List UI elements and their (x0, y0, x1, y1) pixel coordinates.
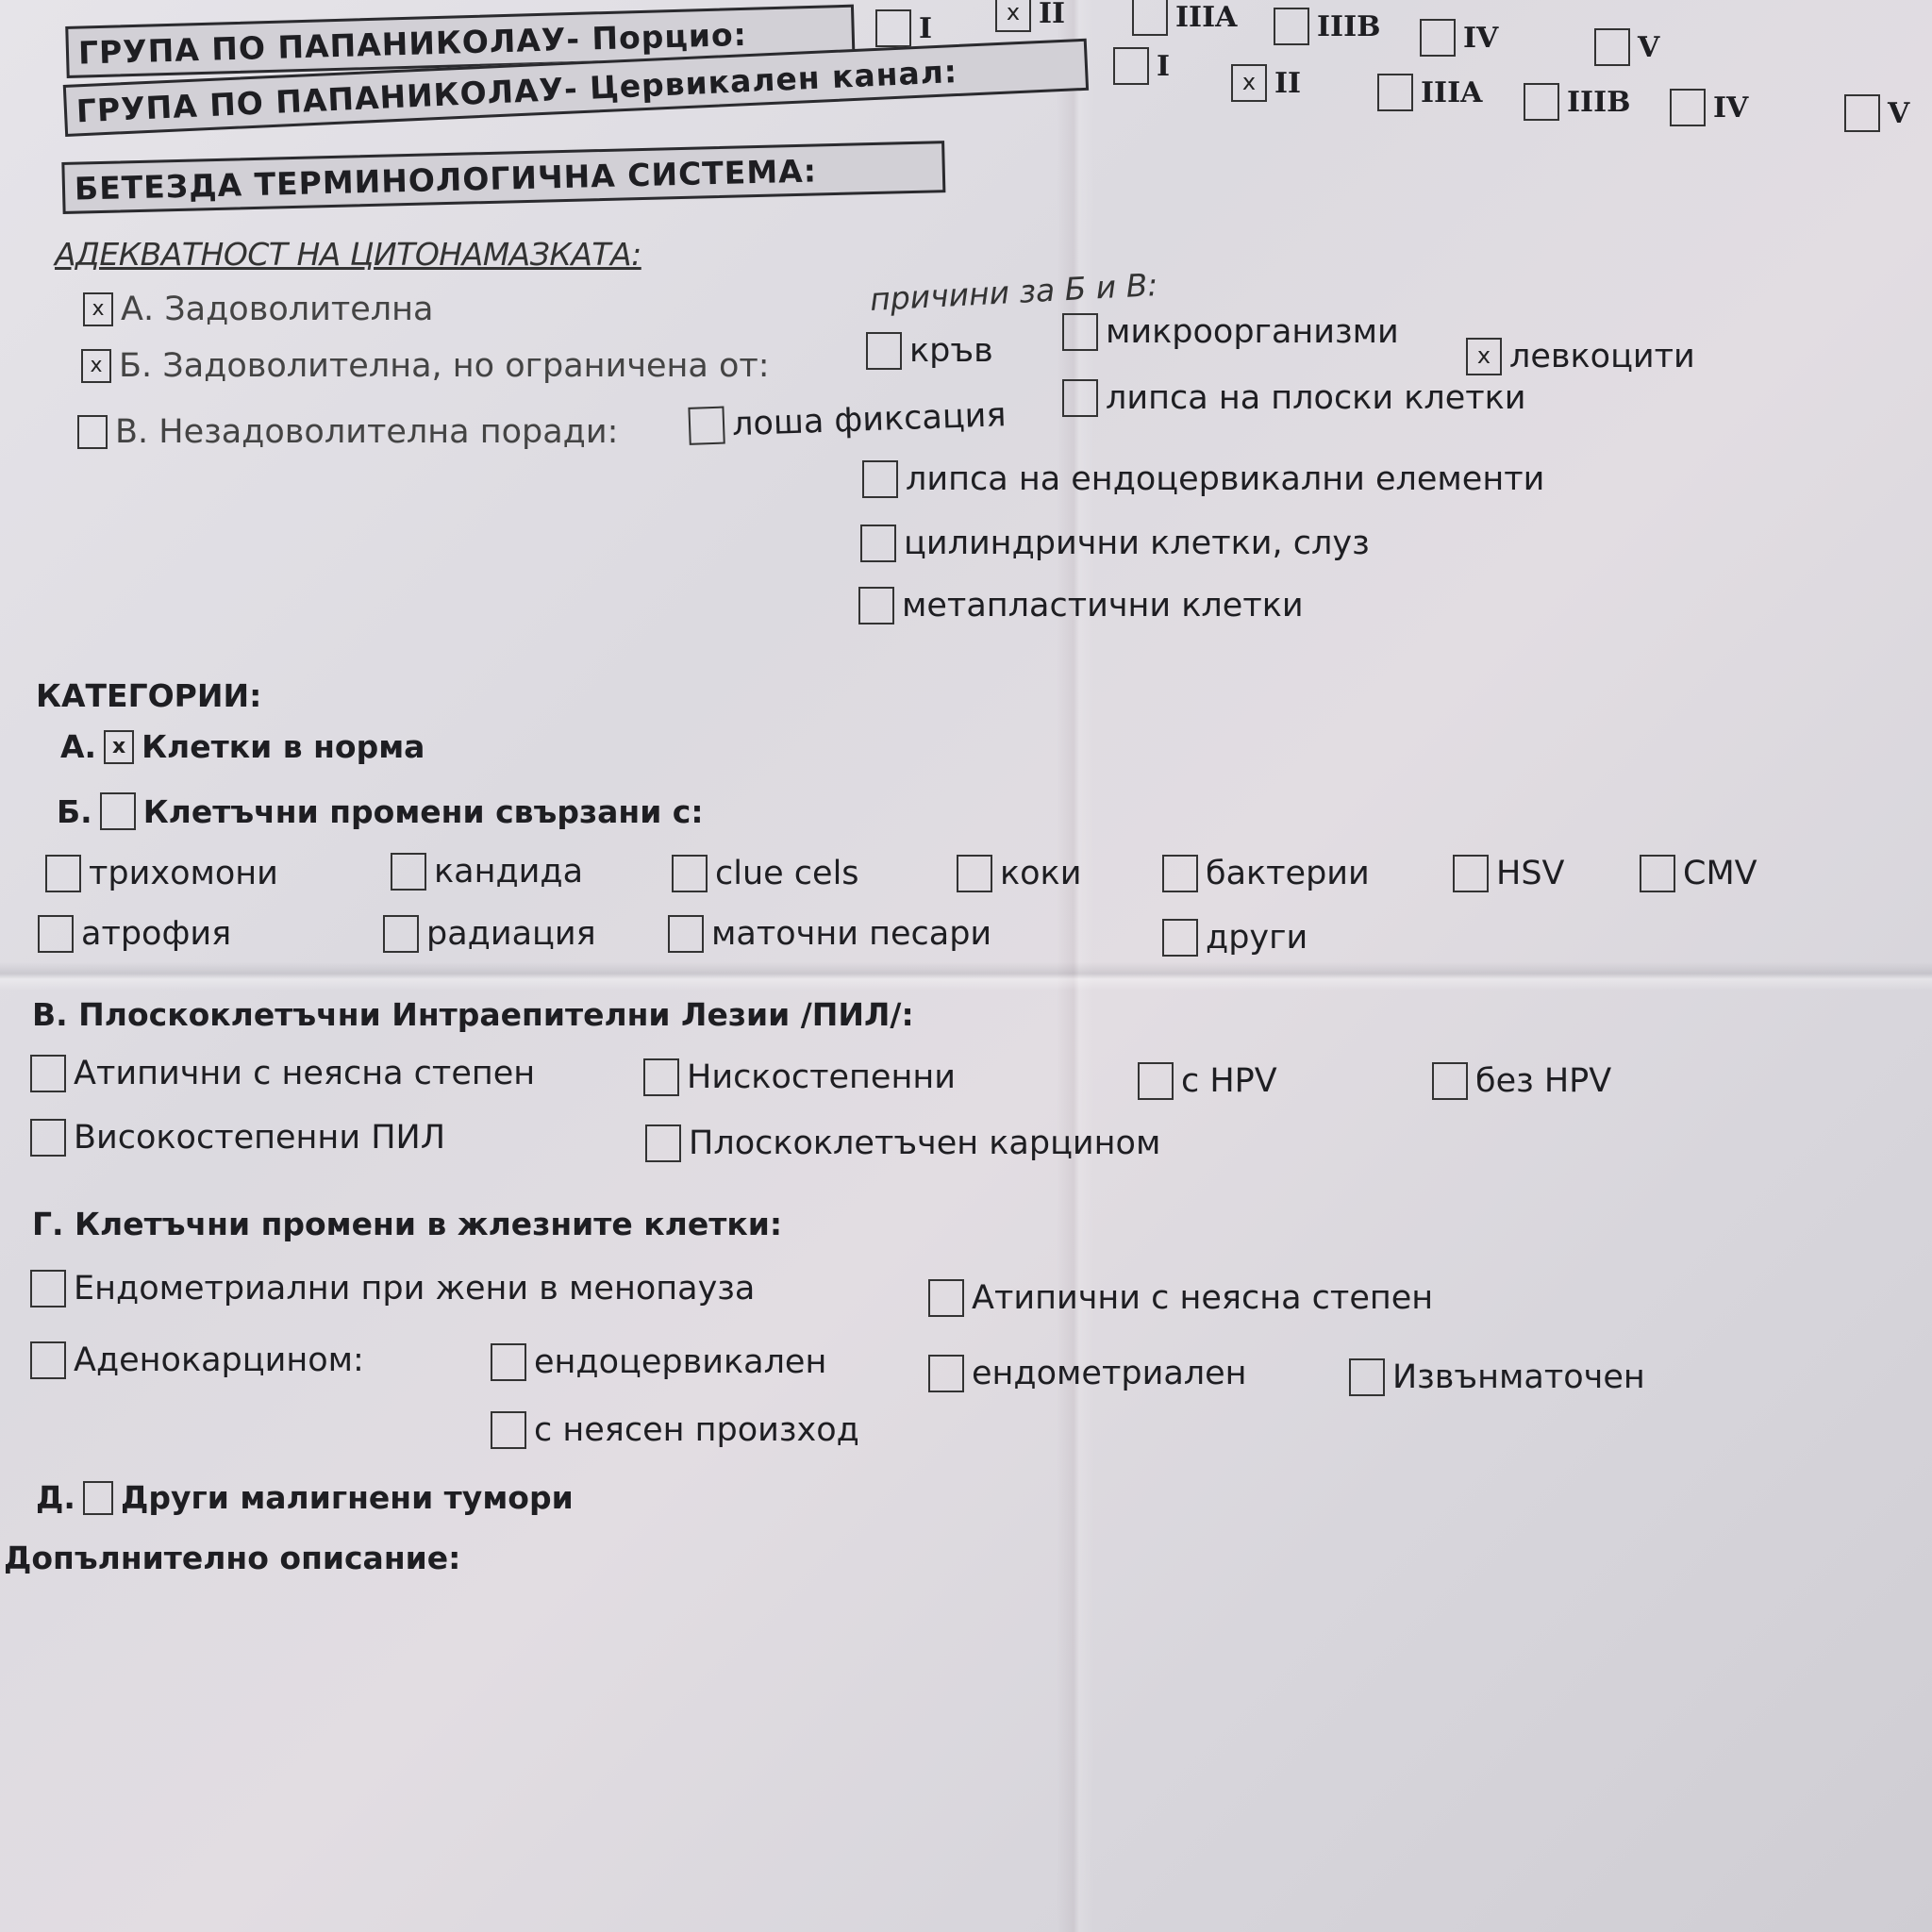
adequacy-option-b[interactable]: xБ. Задоволителна, но ограничена от: (81, 347, 770, 385)
cervical-option-i[interactable]: I (1113, 47, 1170, 85)
additional-description-field[interactable] (0, 1594, 1932, 1915)
checkbox[interactable] (1162, 919, 1198, 957)
checkbox[interactable] (1640, 855, 1675, 892)
checkbox[interactable] (1062, 313, 1098, 351)
checkbox[interactable] (875, 9, 911, 47)
checkbox[interactable]: x (1231, 64, 1267, 102)
b-option-hsv[interactable]: HSV (1453, 855, 1564, 892)
checkbox[interactable] (1132, 0, 1168, 36)
b-option-cmv[interactable]: CMV (1640, 855, 1757, 892)
cervical-option-iiib[interactable]: IIIB (1524, 83, 1630, 121)
checkbox[interactable] (30, 1341, 66, 1379)
checkbox[interactable] (858, 587, 894, 625)
v-option-with-hpv[interactable]: с HPV (1138, 1062, 1277, 1100)
g-option-unknown-origin[interactable]: с неясен произход (491, 1411, 859, 1449)
checkbox[interactable] (30, 1270, 66, 1307)
reasons-title: причини за Б и В: (869, 266, 1158, 318)
checkbox[interactable] (1670, 89, 1706, 126)
checkbox[interactable] (30, 1119, 66, 1157)
category-v-title: В. Плоскоклетъчни Интраепителни Лезии /П… (32, 996, 914, 1033)
reason-no-squamous[interactable]: липса на плоски клетки (1062, 379, 1526, 417)
checkbox[interactable] (643, 1058, 679, 1096)
checkbox[interactable] (391, 853, 426, 891)
checkbox[interactable]: x (83, 292, 113, 326)
b-option-trichomonas[interactable]: трихомони (45, 855, 278, 892)
adequacy-title: АДЕКВАТНОСТ НА ЦИТОНАМАЗКАТА: (55, 236, 641, 273)
bethesda-title: БЕТЕЗДА ТЕРМИНОЛОГИЧНА СИСТЕМА: (61, 141, 945, 214)
checkbox[interactable] (866, 332, 902, 370)
b-option-cocci[interactable]: коки (957, 855, 1081, 892)
paper-fold-horizontal (0, 962, 1932, 991)
reason-microorganisms[interactable]: микроорганизми (1062, 313, 1399, 351)
additional-description-label: Допълнително описание: (4, 1540, 460, 1576)
checkbox[interactable] (1377, 74, 1413, 111)
category-a[interactable]: А. x Клетки в норма (60, 728, 425, 765)
b-option-pessary[interactable]: маточни песари (668, 915, 991, 953)
reason-blood[interactable]: кръв (866, 332, 993, 370)
g-option-adenocarcinoma[interactable]: Аденокарцином: (30, 1341, 364, 1379)
b-option-radiation[interactable]: радиация (383, 915, 596, 953)
checkbox[interactable] (45, 855, 81, 892)
portio-option-i[interactable]: I (875, 9, 932, 47)
portio-option-v[interactable]: V (1594, 28, 1659, 66)
portio-option-iv[interactable]: IV (1420, 19, 1498, 57)
g-option-agc[interactable]: Атипични с неясна степен (928, 1279, 1433, 1317)
adequacy-option-a[interactable]: xА. Задоволителна (83, 291, 433, 328)
portio-option-iiia[interactable]: IIIA (1132, 0, 1237, 36)
b-option-clue-cells[interactable]: clue cels (672, 855, 859, 892)
checkbox[interactable] (1274, 8, 1309, 45)
checkbox[interactable] (83, 1481, 113, 1515)
b-option-bacteria[interactable]: бактерии (1162, 855, 1370, 892)
reason-poor-fixation[interactable]: лоша фиксация (688, 396, 1007, 445)
checkbox[interactable] (1062, 379, 1098, 417)
v-option-lsil[interactable]: Нискостепенни (643, 1058, 956, 1096)
category-d[interactable]: Д. Други малигнени тумори (36, 1479, 574, 1516)
paper-form: ГРУПА ПО ПАПАНИКОЛАУ- Порцио: I xII IIIA… (0, 0, 1932, 1932)
reason-leukocytes[interactable]: xлевкоцити (1466, 338, 1695, 375)
reason-cylindrical-mucus[interactable]: цилиндрични клетки, слуз (860, 525, 1370, 562)
g-option-extrauterine[interactable]: Извънматочен (1349, 1358, 1645, 1396)
checkbox[interactable]: x (1466, 338, 1502, 375)
v-option-asc-us[interactable]: Атипични с неясна степен (30, 1055, 535, 1092)
category-b[interactable]: Б. Клетъчни промени свързани с: (57, 792, 704, 830)
g-option-endocervical[interactable]: ендоцервикален (491, 1343, 826, 1381)
v-option-scc[interactable]: Плоскоклетъчен карцином (645, 1124, 1160, 1162)
cervical-option-iiia[interactable]: IIIA (1377, 74, 1482, 111)
checkbox[interactable] (383, 915, 419, 953)
checkbox[interactable] (1594, 28, 1630, 66)
checkbox[interactable] (957, 855, 992, 892)
v-option-without-hpv[interactable]: без HPV (1432, 1062, 1611, 1100)
checkbox[interactable]: x (81, 349, 111, 383)
checkbox[interactable] (1349, 1358, 1385, 1396)
category-g-title: Г. Клетъчни промени в жлезните клетки: (32, 1206, 782, 1242)
checkbox[interactable] (491, 1343, 526, 1381)
portio-option-iiib[interactable]: IIIB (1274, 8, 1380, 45)
checkbox[interactable]: x (995, 0, 1031, 32)
reason-no-endocervical[interactable]: липса на ендоцервикални елементи (862, 460, 1544, 498)
checkbox[interactable] (1138, 1062, 1174, 1100)
checkbox[interactable] (1162, 855, 1198, 892)
checkbox[interactable] (1524, 83, 1559, 121)
checkbox[interactable] (1453, 855, 1489, 892)
checkbox[interactable] (1113, 47, 1149, 85)
checkbox[interactable] (1844, 94, 1880, 132)
b-option-candida[interactable]: кандида (391, 853, 583, 891)
checkbox[interactable] (1432, 1062, 1468, 1100)
v-option-hsil[interactable]: Високостепенни ПИЛ (30, 1119, 445, 1157)
checkbox[interactable] (668, 915, 704, 953)
checkbox[interactable] (860, 525, 896, 562)
checkbox[interactable] (491, 1411, 526, 1449)
checkbox[interactable] (30, 1055, 66, 1092)
checkbox[interactable] (77, 415, 108, 449)
cervical-option-iv[interactable]: IV (1670, 89, 1748, 126)
b-option-atrophy[interactable]: атрофия (38, 915, 231, 953)
reason-metaplastic[interactable]: метапластични клетки (858, 587, 1304, 625)
checkbox[interactable] (688, 407, 724, 445)
g-option-endometrial[interactable]: ендометриален (928, 1355, 1247, 1392)
checkbox[interactable] (1420, 19, 1456, 57)
checkbox[interactable] (928, 1355, 964, 1392)
checkbox[interactable]: x (104, 730, 134, 764)
checkbox[interactable] (38, 915, 74, 953)
checkbox[interactable] (928, 1279, 964, 1317)
checkbox[interactable] (645, 1124, 681, 1162)
checkbox[interactable] (862, 460, 898, 498)
g-option-endometrial-menopause[interactable]: Ендометриални при жени в менопауза (30, 1270, 755, 1307)
cervical-option-v[interactable]: V (1844, 94, 1909, 132)
adequacy-option-c[interactable]: В. Незадоволителна поради: (77, 413, 618, 451)
checkbox[interactable] (672, 855, 708, 892)
checkbox[interactable] (100, 792, 136, 830)
categories-title: КАТЕГОРИИ: (36, 677, 261, 714)
b-option-other[interactable]: други (1162, 919, 1307, 957)
cervical-option-ii[interactable]: xII (1231, 64, 1301, 102)
portio-option-ii[interactable]: xII (995, 0, 1065, 32)
